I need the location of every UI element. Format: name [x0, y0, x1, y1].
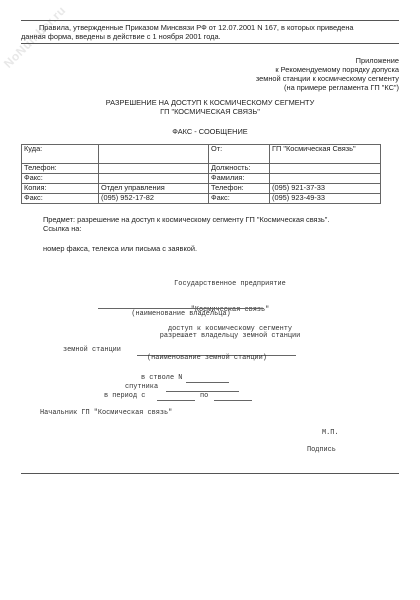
owner-field-line: [98, 308, 264, 309]
table-row: Факс: (095) 952-17-82 Факс: (095) 923-49…: [22, 194, 381, 204]
table-cell: [99, 145, 209, 164]
appendix-line-2: к Рекомендуемому порядку допуска: [99, 65, 399, 74]
title-line-2: ГП "КОСМИЧЕСКАЯ СВЯЗЬ": [0, 107, 420, 116]
notice-rule: [21, 43, 399, 44]
table-cell: Отдел управления: [99, 184, 209, 194]
satellite-label: спутника: [125, 383, 158, 392]
notice: Правила, утвержденные Приказом Минсвязи …: [21, 23, 399, 41]
table-cell: Телефон:: [209, 184, 270, 194]
table-cell: Должность:: [209, 164, 270, 174]
table-cell: Факс:: [22, 194, 99, 204]
table-cell: [270, 164, 381, 174]
period-to-line: [214, 400, 252, 401]
table-row: Копия: Отдел управления Телефон: (095) 9…: [22, 184, 381, 194]
document-title: РАЗРЕШЕНИЕ НА ДОСТУП К КОСМИЧЕСКОМУ СЕГМ…: [0, 98, 420, 116]
head-signature: Начальник ГП "Космическая связь": [40, 409, 172, 418]
trunk-label: в стволе N: [141, 374, 182, 383]
table-cell: [99, 164, 209, 174]
table-cell: [270, 174, 381, 184]
permission-intro: Государственное предприятие "Космическая…: [0, 263, 420, 349]
table-cell: Факс:: [22, 174, 99, 184]
period-to-label: по: [200, 392, 208, 401]
appendix-line-3: земной станции к космическому сегменту: [99, 74, 399, 83]
fax-table: Куда: От: ГП "Космическая Связь" Телефон…: [21, 144, 381, 204]
table-cell: От:: [209, 145, 270, 164]
table-cell: [99, 174, 209, 184]
bottom-rule: [21, 473, 399, 474]
notice-line-1: Правила, утвержденные Приказом Минсвязи …: [21, 23, 399, 32]
table-cell: Факс:: [209, 194, 270, 204]
top-rule: [21, 20, 399, 21]
stamp-label: М.П.: [322, 429, 339, 438]
period-from-line: [157, 400, 195, 401]
reference-value: номер факса, телекса или письма с заявко…: [43, 244, 197, 253]
appendix-line-1: Приложение: [99, 56, 399, 65]
table-cell: Копия:: [22, 184, 99, 194]
table-cell: Фамилия:: [209, 174, 270, 184]
body-line-1: Государственное предприятие: [0, 280, 420, 289]
subject-line: Предмет: разрешение на доступ к космичес…: [43, 215, 329, 224]
appendix: Приложение к Рекомендуемому порядку допу…: [99, 56, 399, 92]
body-line-4: доступ к космическому сегменту: [0, 325, 420, 334]
table-cell: (095) 923-49-33: [270, 194, 381, 204]
table-row: Факс: Фамилия:: [22, 174, 381, 184]
table-row: Куда: От: ГП "Космическая Связь": [22, 145, 381, 164]
table-cell: Телефон:: [22, 164, 99, 174]
title-line-1: РАЗРЕШЕНИЕ НА ДОСТУП К КОСМИЧЕСКОМУ СЕГМ…: [0, 98, 420, 107]
table-cell: Куда:: [22, 145, 99, 164]
appendix-line-4: (на примере регламента ГП "КС"): [99, 83, 399, 92]
station-label: земной станции: [63, 346, 121, 355]
owner-caption: (наименование владельца): [98, 310, 264, 319]
table-cell: (095) 952-17-82: [99, 194, 209, 204]
subject: Предмет: разрешение на доступ к космичес…: [43, 215, 329, 233]
table-cell: (095) 921-37-33: [270, 184, 381, 194]
station-caption: (наименование земной станции): [147, 354, 267, 363]
table-cell: ГП "Космическая Связь": [270, 145, 381, 164]
reference-label: Ссылка на:: [43, 224, 329, 233]
signature-label: Подпись: [307, 446, 336, 455]
notice-line-2: данная форма, введены в действие с 1 ноя…: [21, 32, 399, 41]
fax-subtitle: ФАКС - СООБЩЕНИЕ: [0, 127, 420, 136]
table-row: Телефон: Должность:: [22, 164, 381, 174]
period-label: в период с: [104, 392, 145, 401]
trunk-field-line: [186, 382, 229, 383]
